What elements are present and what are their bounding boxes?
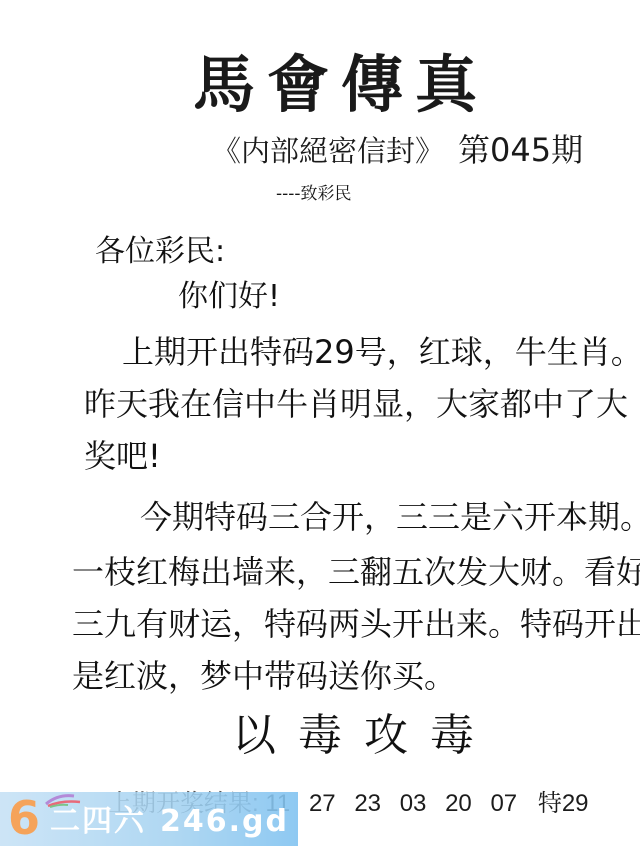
letter-line: 奖吧! bbox=[84, 436, 161, 476]
letter-line: 一枝红梅出墙来，三翻五次发大财。看好 bbox=[72, 552, 640, 592]
logo-six-icon: 6 bbox=[8, 796, 42, 840]
result-number: 07 bbox=[490, 790, 517, 817]
addressee: ----致彩民 bbox=[276, 182, 352, 206]
result-number: 23 bbox=[354, 790, 381, 817]
result-number: 27 bbox=[309, 790, 336, 817]
special-number: 特29 bbox=[538, 790, 589, 817]
watermark-domain: 246.gd bbox=[160, 804, 289, 839]
letter-line: 三九有财运，特码两头开出来。特码开出 bbox=[72, 604, 640, 644]
letter-line: 昨天我在信中牛肖明显，大家都中了大 bbox=[84, 384, 628, 424]
letter-line: 上期开出特码29号，红球，牛生肖。 bbox=[122, 332, 640, 372]
greeting: 你们好! bbox=[178, 277, 280, 317]
special-label: 特 bbox=[538, 790, 562, 817]
salutation: 各位彩民: bbox=[95, 232, 225, 272]
letter-line: 是红波，梦中带码送你买。 bbox=[72, 656, 456, 696]
watermark-text: 二四六246.gd bbox=[50, 804, 289, 840]
subtitle: 《内部絕密信封》第045期 bbox=[212, 130, 583, 171]
letter-line: 今期特码三合开，三三是六开本期。 bbox=[140, 497, 640, 537]
result-number: 20 bbox=[445, 790, 472, 817]
result-number: 03 bbox=[400, 790, 427, 817]
motto: 以毒攻毒 bbox=[232, 708, 496, 764]
site-watermark: 6 二四六246.gd bbox=[0, 792, 298, 846]
special-value: 29 bbox=[562, 790, 589, 817]
page-title: 馬會傳真 bbox=[193, 52, 489, 118]
subtitle-label: 《内部絕密信封》 bbox=[212, 134, 444, 168]
watermark-brand: 二四六 bbox=[50, 804, 146, 839]
issue-number: 第045期 bbox=[458, 131, 583, 169]
